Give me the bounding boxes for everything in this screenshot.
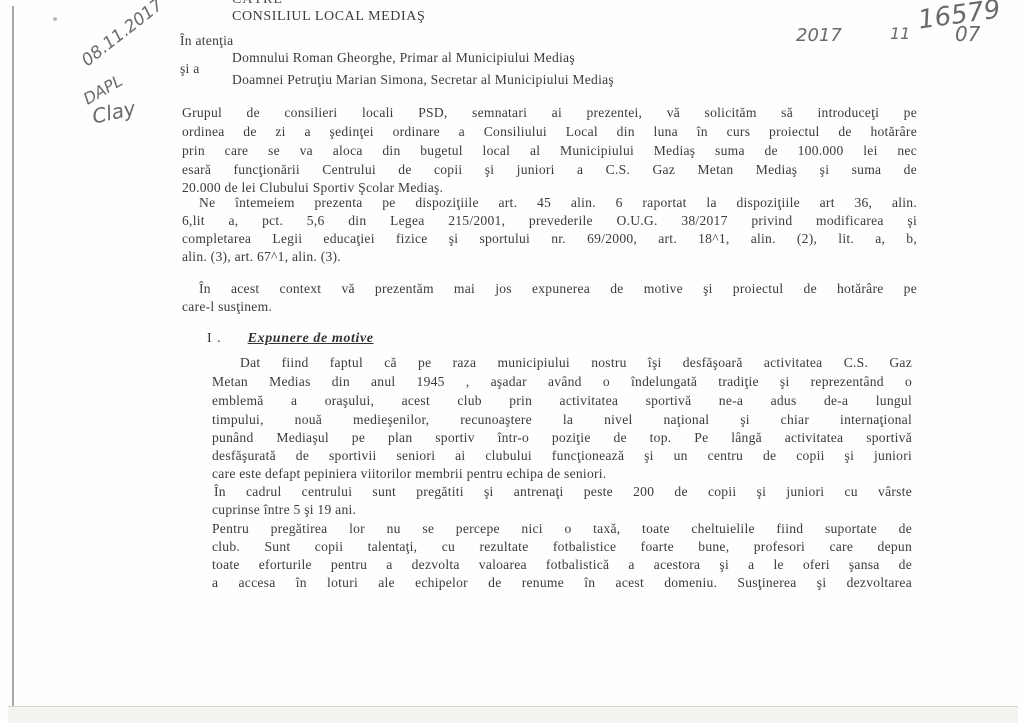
intro-line-5: 20.000 de lei Clubului Sportiv Şcolar Me…	[182, 180, 443, 196]
motives-line-7: care este defapt pepiniera viitorilor me…	[212, 466, 606, 482]
motives-p3-line-4: a accesa în loturi ale echipelor de renu…	[212, 575, 912, 592]
scanned-document-page: CĂTRE CONSILIUL LOCAL MEDIAŞ În atenţia …	[0, 0, 1023, 723]
motives-p3-line-3: toate eforturile pentru a dezvolta valoa…	[212, 557, 912, 574]
intro-line-3: prin care se va aloca din bugetul local …	[182, 143, 917, 160]
motives-p3-line-1: Pentru pregătirea lor nu se percepe nici…	[212, 521, 912, 538]
motives-line-4: timpului, nouă medieşenilor, recunoaşter…	[212, 412, 912, 429]
intro-line-2: ordinea de zi a şedinţei ordinare a Cons…	[182, 124, 917, 141]
attention-label: În atenţia	[180, 33, 233, 49]
motives-line-2: Metan Medias din anul 1945 , aşadar avân…	[212, 374, 912, 391]
motives-p2-line-2: cuprinse între 5 şi 19 ani.	[212, 502, 356, 518]
scan-bottom-edge	[8, 706, 1018, 723]
context-line-2: care-l susţinem.	[182, 299, 272, 315]
addressee-heading-cut: CĂTRE	[232, 0, 283, 4]
handwritten-margin-date: 08.11.2017	[78, 0, 167, 71]
recipient-mayor: Domnului Roman Gheorghe, Primar al Munic…	[232, 50, 575, 66]
motives-line-6: desfăşurată de sportivii seniori ai club…	[212, 448, 912, 465]
legal-line-1: Ne întemeiem prezenta pe dispoziţiile ar…	[199, 195, 917, 212]
motives-line-1: Dat fiind faptul că pe raza municipiului…	[240, 355, 912, 372]
legal-line-4: alin. (3), art. 67^1, alin. (3).	[182, 249, 341, 265]
section-heading: I .Expunere de motive	[207, 331, 374, 347]
motives-p3-line-2: club. Sunt copii talentaţi, cu rezultate…	[212, 539, 912, 556]
handwritten-date-year: 2017	[796, 25, 842, 46]
motives-line-5: punând Mediaşul pe plan sportiv într-o p…	[212, 430, 912, 447]
council-name: CONSILIUL LOCAL MEDIAŞ	[232, 9, 425, 25]
scan-left-edge	[12, 6, 14, 706]
legal-line-3: completarea Legii educaţiei fizice şi sp…	[182, 231, 917, 248]
context-line-1: În acest context vă prezentăm mai jos ex…	[199, 281, 917, 298]
scan-speck	[53, 17, 57, 21]
motives-line-3: emblemă a oraşului, acest club prin acti…	[212, 393, 912, 410]
intro-line-4: esară funcţionării Centrului de copii şi…	[182, 162, 917, 179]
section-title: Expunere de motive	[248, 331, 374, 346]
handwritten-date-month: 11	[890, 24, 910, 43]
and-label: şi a	[180, 61, 200, 77]
handwritten-date-day: 07	[955, 22, 980, 46]
section-number: I .	[207, 331, 222, 346]
legal-line-2: 6,lit a, pct. 5,6 din Legea 215/2001, pr…	[182, 213, 917, 230]
recipient-secretary: Doamnei Petruţiu Marian Simona, Secretar…	[232, 72, 614, 88]
motives-p2-line-1: În cadrul centrului sunt pregătiti şi an…	[214, 484, 912, 501]
intro-line-1: Grupul de consilieri locali PSD, semnata…	[182, 105, 917, 122]
